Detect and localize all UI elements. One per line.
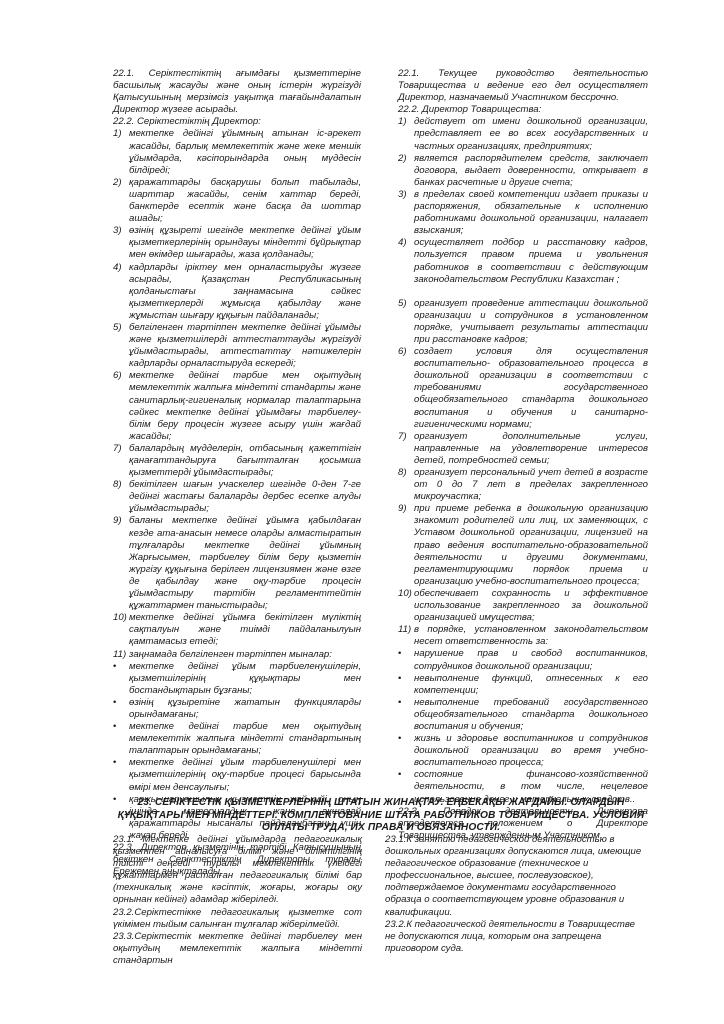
section-23-title: 23. СЕРІКТЕСТІК ҚЫЗМЕТКЕРЛЕРІНІҢ ШТАТЫН … <box>113 797 649 835</box>
item-number: 7) <box>398 431 414 467</box>
list-item: 7)балалардың мүдделерін, отбасының қажет… <box>113 443 361 479</box>
item-text: осуществляет подбор и расстановку кадров… <box>414 237 648 285</box>
list-item: 2)қаражаттарды басқарушы болып табылады,… <box>113 177 361 225</box>
list-item: 8)организует персональный учет детей в в… <box>398 467 648 503</box>
item-text: организует персональный учет детей в воз… <box>414 467 648 503</box>
item-text: обеспечивает сохранность и эффективное и… <box>414 588 648 624</box>
item-number: 9) <box>398 503 414 588</box>
bullet-icon: • <box>398 648 414 672</box>
item-number: 8) <box>398 467 414 503</box>
bullet-list-ru: •нарушение прав и свобод воспитанников, … <box>398 648 648 805</box>
item-text: в порядке, установленном законодательств… <box>414 624 648 648</box>
bullet-icon: • <box>113 757 129 793</box>
item-number: 4) <box>113 262 129 322</box>
item-number: 5) <box>398 298 414 346</box>
item-number: 1) <box>113 128 129 176</box>
clause-paragraph: 23.1. Мектепке дейінгі ұйымдарда педагог… <box>113 834 362 907</box>
bullet-item: •нарушение прав и свобод воспитанников, … <box>398 648 648 672</box>
list-item: 1)действует от имени дошкольной организа… <box>398 116 648 152</box>
bullet-icon: • <box>113 721 129 757</box>
bullet-item: •невыполнение требований государственног… <box>398 697 648 733</box>
clause-paragraph: 23.3.Серіктестік мектепке дейінгі тәрбие… <box>113 931 362 967</box>
clause-paragraph: 23.2.Серіктестікке педагогикалық қызметк… <box>113 907 362 931</box>
item-text: кадрларды іріктеу мен орналастыруды жүзе… <box>129 262 361 322</box>
list-item: 1)мектепке дейінгі ұйымның атынан іс-әре… <box>113 128 361 176</box>
item-text: мектепке дейінгі ұйымға бекітілген мүлік… <box>129 612 361 648</box>
list-item: 5)белгіленген тәртіппен мектепке дейінгі… <box>113 322 361 370</box>
bullet-icon: • <box>398 673 414 697</box>
item-text: балалардың мүдделерін, отбасының қажетті… <box>129 443 361 479</box>
bullet-item: •мектепке дейінгі ұйым тәрбиеленушілері … <box>113 757 361 793</box>
item-text: действует от имени дошкольной организаци… <box>414 116 648 152</box>
bullet-icon: • <box>113 661 129 697</box>
item-number: 5) <box>113 322 129 370</box>
item-text: баланы мектепке дейінгі ұйымға қабылдаға… <box>129 515 361 612</box>
item-text: является распорядителем средств, заключа… <box>414 153 648 189</box>
spacer <box>398 286 648 298</box>
item-number: 6) <box>398 346 414 431</box>
list-item: 6)мектепке дейінгі тәрбие мен оқытудың м… <box>113 370 361 443</box>
clause-paragraph: 23.1.К занятию педагогической деятельнос… <box>385 834 647 919</box>
item-text: өзінің құзыреті шегінде мектепке дейінгі… <box>129 225 361 261</box>
item-number: 2) <box>113 177 129 225</box>
bullet-text: жизнь и здоровье воспитанников и сотрудн… <box>414 733 648 769</box>
item-text: заңнамада белгіленген тәртіппен мыналар: <box>129 649 361 661</box>
item-text: создает условия для осуществления воспит… <box>414 346 648 431</box>
numbered-list-kz: 1)мектепке дейінгі ұйымның атынан іс-әре… <box>113 128 361 660</box>
item-text: мектепке дейінгі ұйымның атынан іс-әреке… <box>129 128 361 176</box>
item-number: 3) <box>113 225 129 261</box>
clause-22-1-ru: 22.1. Текущее руководство деятельностью … <box>398 68 648 104</box>
item-text: организует дополнительные услуги, направ… <box>414 431 648 467</box>
clause-22-2-ru: 22.2. Директор Товарищества: <box>398 104 648 116</box>
item-number: 11) <box>398 624 414 648</box>
bullet-text: мектепке дейінгі ұйым тәрбиеленушілері м… <box>129 757 361 793</box>
bullet-item: •мектепке дейінгі ұйым тәрбиеленушілерін… <box>113 661 361 697</box>
list-item: 11)заңнамада белгіленген тәртіппен мынал… <box>113 649 361 661</box>
bullet-icon: • <box>398 733 414 769</box>
list-item: 11)в порядке, установленном законодатель… <box>398 624 648 648</box>
list-item: 6)создает условия для осуществления восп… <box>398 346 648 431</box>
item-number: 3) <box>398 189 414 237</box>
list-item: 4)осуществляет подбор и расстановку кадр… <box>398 237 648 285</box>
item-text: мектепке дейінгі тәрбие мен оқытудың мем… <box>129 370 361 443</box>
bullet-item: •жизнь и здоровье воспитанников и сотруд… <box>398 733 648 769</box>
item-number: 2) <box>398 153 414 189</box>
numbered-list-ru: 1)действует от имени дошкольной организа… <box>398 116 648 648</box>
clause-paragraph: 23.2.К педагогической деятельности в Тов… <box>385 919 647 955</box>
bullet-item: •мектепке дейінгі тәрбие мен оқытудың ме… <box>113 721 361 757</box>
item-number: 4) <box>398 237 414 285</box>
bullet-item: •өзінің құзыретіне жататын функцияларды … <box>113 697 361 721</box>
bullet-text: невыполнение требований государственного… <box>414 697 648 733</box>
list-item: 9)баланы мектепке дейінгі ұйымға қабылда… <box>113 515 361 612</box>
document-page: 22.1. Серіктестіктің ағымдағы қызметтері… <box>0 0 724 1024</box>
bullet-icon: • <box>398 697 414 733</box>
item-number: 1) <box>398 116 414 152</box>
bullet-item: •невыполнение функций, отнесенных к его … <box>398 673 648 697</box>
item-text: белгіленген тәртіппен мектепке дейінгі ұ… <box>129 322 361 370</box>
russian-column: 22.1. Текущее руководство деятельностью … <box>398 68 648 842</box>
bullet-icon: • <box>113 697 129 721</box>
bullet-text: мектепке дейінгі тәрбие мен оқытудың мем… <box>129 721 361 757</box>
item-text: при приеме ребенка в дошкольную организа… <box>414 503 648 588</box>
item-text: қаражаттарды басқарушы болып табылады, ш… <box>129 177 361 225</box>
list-item: 5)организует проведение аттестации дошко… <box>398 298 648 346</box>
section-23-russian: 23.1.К занятию педагогической деятельнос… <box>385 834 647 955</box>
item-number: 10) <box>398 588 414 624</box>
item-text: в пределах своей компетенции издает прик… <box>414 189 648 237</box>
bullet-text: мектепке дейінгі ұйым тәрбиеленушілерін,… <box>129 661 361 697</box>
kazakh-column: 22.1. Серіктестіктің ағымдағы қызметтері… <box>113 68 361 878</box>
list-item: 3)өзінің құзыреті шегінде мектепке дейін… <box>113 225 361 261</box>
item-text: организует проведение аттестации дошколь… <box>414 298 648 346</box>
item-number: 11) <box>113 649 129 661</box>
section-23-kazakh: 23.1. Мектепке дейінгі ұйымдарда педагог… <box>113 834 362 967</box>
bullet-text: өзінің құзыретіне жататын функцияларды о… <box>129 697 361 721</box>
list-item: 10)обеспечивает сохранность и эффективно… <box>398 588 648 624</box>
clause-22-2-kz: 22.2. Серіктестіктің Директор: <box>113 116 361 128</box>
item-text: бекітілген шағын учаскелер шегінде 0-ден… <box>129 479 361 515</box>
bullet-text: нарушение прав и свобод воспитанников, с… <box>414 648 648 672</box>
item-number: 7) <box>113 443 129 479</box>
list-item: 7)организует дополнительные услуги, напр… <box>398 431 648 467</box>
list-item: 4)кадрларды іріктеу мен орналастыруды жү… <box>113 262 361 322</box>
item-number: 6) <box>113 370 129 443</box>
item-number: 9) <box>113 515 129 612</box>
list-item: 10)мектепке дейінгі ұйымға бекітілген мү… <box>113 612 361 648</box>
item-number: 8) <box>113 479 129 515</box>
list-item: 2)является распорядителем средств, заклю… <box>398 153 648 189</box>
item-number: 10) <box>113 612 129 648</box>
list-item: 8)бекітілген шағын учаскелер шегінде 0-д… <box>113 479 361 515</box>
list-item: 9)при приеме ребенка в дошкольную органи… <box>398 503 648 588</box>
clause-22-1-kz: 22.1. Серіктестіктің ағымдағы қызметтері… <box>113 68 361 116</box>
list-item: 3)в пределах своей компетенции издает пр… <box>398 189 648 237</box>
bullet-text: невыполнение функций, отнесенных к его к… <box>414 673 648 697</box>
